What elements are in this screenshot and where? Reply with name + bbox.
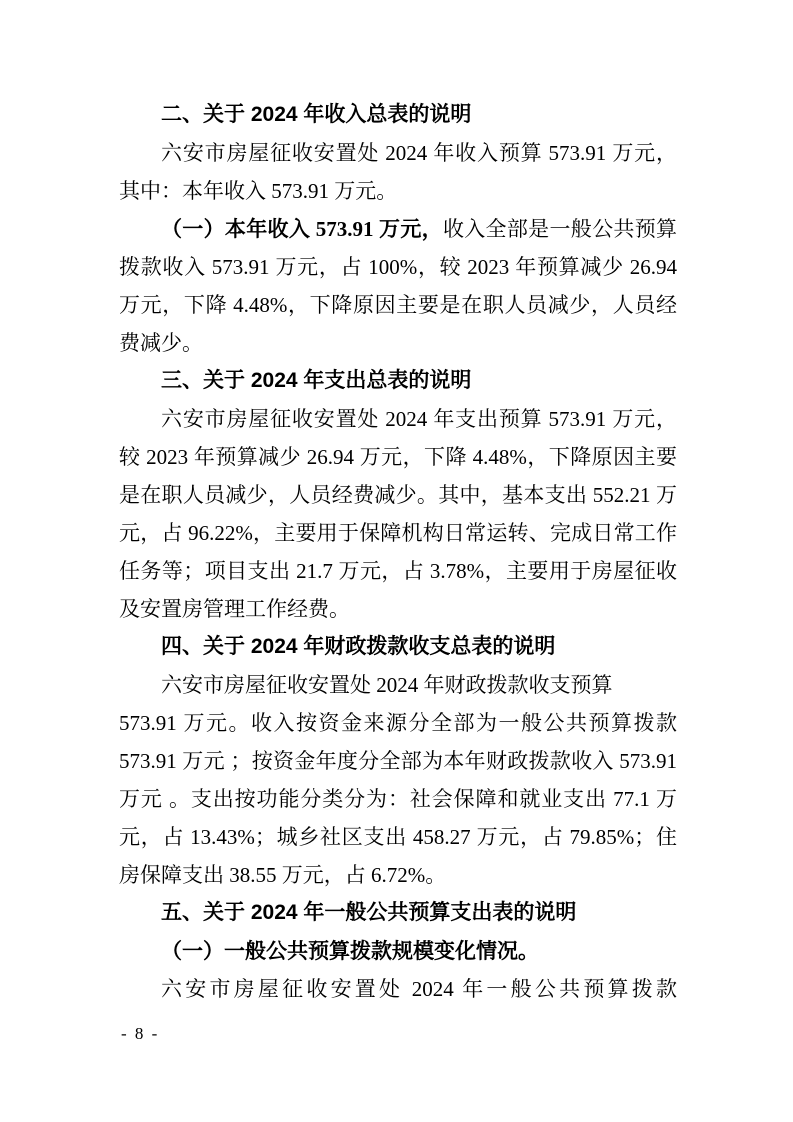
section-heading: 三、关于 2024 年支出总表的说明 (119, 362, 677, 400)
section-general-public-budget-expenditure: 五、关于 2024 年一般公共预算支出表的说明 （一）一般公共预算拨款规模变化情… (119, 894, 677, 1008)
section-heading: 四、关于 2024 年财政拨款收支总表的说明 (119, 628, 677, 666)
section-fiscal-allocation-summary: 四、关于 2024 年财政拨款收支总表的说明 六安市房屋征收安置处 2024 年… (119, 628, 677, 894)
paragraph: 六安市房屋征收安置处 2024 年财政拨款收支预算573.91 万元。收入按资金… (119, 666, 677, 894)
paragraph: 六安市房屋征收安置处 2024 年收入预算 573.91 万元，其中：本年收入 … (119, 134, 677, 210)
paragraph-first-line: 六安市房屋征收安置处 2024 年财政拨款收支预算 (161, 673, 613, 697)
section-heading: 五、关于 2024 年一般公共预算支出表的说明 (119, 894, 677, 932)
paragraph: 六安市房屋征收安置处 2024 年一般公共预算拨款 (119, 970, 677, 1008)
section-income-summary: 二、关于 2024 年收入总表的说明 六安市房屋征收安置处 2024 年收入预算… (119, 96, 677, 362)
page-number: - 8 - (121, 1024, 159, 1044)
section-heading: 二、关于 2024 年收入总表的说明 (119, 96, 677, 134)
paragraph: 六安市房屋征收安置处 2024 年支出预算 573.91 万元，较 2023 年… (119, 400, 677, 628)
section-expenditure-summary: 三、关于 2024 年支出总表的说明 六安市房屋征收安置处 2024 年支出预算… (119, 362, 677, 628)
section-subheading: （一）一般公共预算拨款规模变化情况。 (119, 932, 677, 970)
paragraph-text: 573.91 万元。收入按资金来源分全部为一般公共预算拨款 573.91 万元 … (119, 711, 677, 887)
paragraph: （一）本年收入 573.91 万元，收入全部是一般公共预算拨款收入 573.91… (119, 210, 677, 362)
document-page: 二、关于 2024 年收入总表的说明 六安市房屋征收安置处 2024 年收入预算… (0, 0, 793, 1122)
paragraph-lead-bold: （一）本年收入 573.91 万元， (161, 217, 443, 241)
